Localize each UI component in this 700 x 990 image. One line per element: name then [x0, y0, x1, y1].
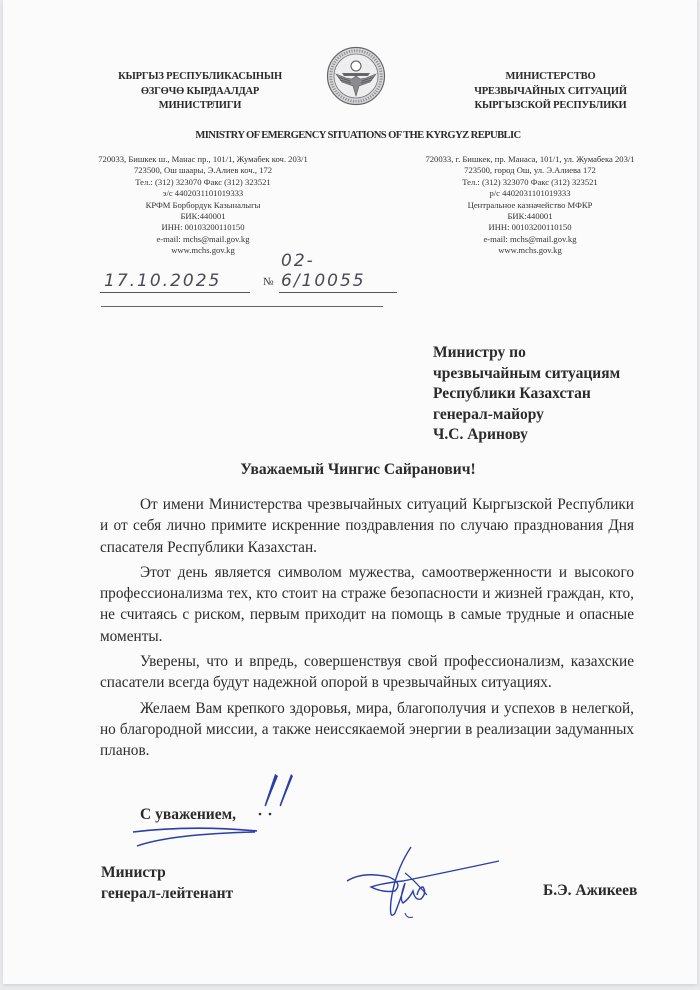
header-russian-line: КЫРГЫЗСКОЙ РЕСПУБЛИКИ: [448, 99, 653, 114]
address-russian: 720033, г. Бишкек, пр. Манаса, 101/1, ул…: [401, 154, 659, 257]
body-paragraph: Желаем Вам крепкого здоровья, мира, благ…: [100, 698, 634, 762]
address-line: Тел.: (312) 323070 Факс (312) 323521: [401, 177, 659, 188]
address-line: Тел.: (312) 323070 Факс (312) 323521: [78, 177, 328, 188]
header-kyrgyz: КЫРГЫЗ РЕСПУБЛИКАСЫНЫН ӨЗГӨЧӨ КЫРДААЛДАР…: [95, 70, 305, 114]
address-line: 720033, Бишкек ш., Манас пр., 101/1, Жум…: [78, 154, 328, 165]
state-emblem-icon: [326, 46, 386, 106]
addressee-line: Ч.С. Аринову: [433, 425, 620, 446]
closing-underline-stroke: [131, 826, 261, 848]
registration-date: 17.10.2025: [104, 271, 221, 291]
address-line: 723500, Ош шаары, Э.Алиев коч., 172: [78, 165, 328, 176]
header-russian: МИНИСТЕРСТВО ЧРЕЗВЫЧАЙНЫХ СИТУАЦИЙ КЫРГЫ…: [448, 70, 653, 114]
addressee-line: генерал-майору: [433, 405, 620, 426]
address-email: e-mail: mchs@mail.gov.kg: [78, 234, 328, 245]
address-website: www.mchs.gov.kg: [401, 245, 659, 256]
registration-number-label: №: [263, 276, 274, 288]
signature-icon: [343, 843, 503, 925]
address-line: КРФМ Борбордук Казыналыгы: [78, 200, 328, 211]
signer-position-line: Министр: [101, 862, 233, 883]
ministry-english-title: MINISTRY OF EMERGENCY SITUATIONS OF THE …: [163, 130, 553, 141]
registration-date-field: 17.10.2025: [100, 270, 250, 293]
letter-body: От имени Министерства чрезвычайных ситуа…: [100, 494, 634, 766]
address-line: БИК:440001: [78, 211, 328, 222]
body-paragraph: Этот день является символом мужества, са…: [100, 562, 634, 647]
address-line: э/с 4402031101019333: [78, 188, 328, 199]
header-kyrgyz-line: ӨЗГӨЧӨ КЫРДААЛДАР: [95, 85, 305, 100]
address-line: 720033, г. Бишкек, пр. Манаса, 101/1, ул…: [401, 154, 659, 165]
address-line: р/с 4402031101019333: [401, 188, 659, 199]
closing-regards: С уважением,: [140, 806, 236, 824]
salutation: Уважаемый Чингис Сайранович!: [123, 461, 593, 479]
signer-name: Б.Э. Ажикеев: [543, 882, 637, 900]
letter-page: КЫРГЫЗ РЕСПУБЛИКАСЫНЫН ӨЗГӨЧӨ КЫРДААЛДАР…: [3, 0, 697, 984]
header-kyrgyz-line: МИНИСТРЛИГИ: [95, 99, 305, 114]
addressee-line: чрезвычайным ситуациям: [433, 364, 620, 385]
initials-mark-icon: [253, 770, 303, 830]
address-email: e-mail: mchs@mail.gov.kg: [401, 234, 659, 245]
header-kyrgyz-line: КЫРГЫЗ РЕСПУБЛИКАСЫНЫН: [95, 70, 305, 85]
signer-position: Министр генерал-лейтенант: [101, 862, 233, 904]
registration-number-field: 02-6/10055: [279, 270, 397, 293]
address-kyrgyz: 720033, Бишкек ш., Манас пр., 101/1, Жум…: [78, 154, 328, 257]
addressee-line: Республики Казахстан: [433, 384, 620, 405]
address-line: ИНН: 00103200110150: [401, 222, 659, 233]
addressee-line: Министру по: [433, 343, 620, 364]
address-line: ИНН: 00103200110150: [78, 222, 328, 233]
body-paragraph: Уверены, что и впредь, совершенствуя сво…: [100, 651, 634, 694]
addressee-block: Министру по чрезвычайным ситуациям Респу…: [433, 343, 620, 446]
registration-number: 02-6/10055: [281, 251, 397, 291]
address-line: 723500, город Ош, ул. Э.Алиева 172: [401, 165, 659, 176]
header-russian-line: ЧРЕЗВЫЧАЙНЫХ СИТУАЦИЙ: [448, 85, 653, 100]
signer-position-line: генерал-лейтенант: [101, 883, 233, 904]
address-line: Центральное казначейство МФКР: [401, 200, 659, 211]
header-russian-line: МИНИСТЕРСТВО: [448, 70, 653, 85]
body-paragraph: От имени Министерства чрезвычайных ситуа…: [100, 494, 634, 558]
reference-line: [101, 306, 383, 307]
address-line: БИК:440001: [401, 211, 659, 222]
